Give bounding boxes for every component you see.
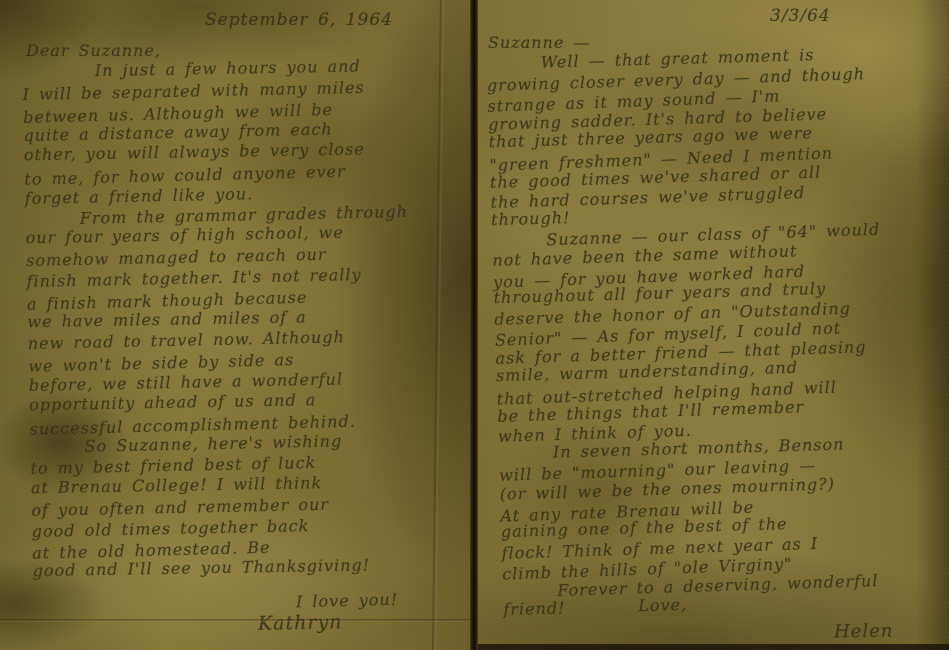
- letter-signature-right: Helen: [834, 620, 894, 642]
- letter-salutation-left: Dear Suzanne,: [26, 41, 161, 60]
- letter-page-right: 3/3/64 Suzanne — Well — that great momen…: [478, 0, 949, 650]
- letter-date-left: September 6, 1964: [205, 10, 393, 30]
- paper-crease-vertical: [432, 0, 444, 650]
- letter-closing-left: I love you!: [296, 590, 399, 612]
- letter-date-right: 3/3/64: [770, 6, 831, 26]
- letter-salutation-right: Suzanne —: [488, 33, 590, 52]
- letter-body-left: In just a few hours you andI will be sep…: [22, 56, 416, 584]
- page-gutter-seam: [470, 0, 478, 650]
- paper-crease-horizontal: [0, 619, 470, 622]
- letter-page-left: September 6, 1964 Dear Suzanne, In just …: [0, 0, 470, 650]
- letter-signature-left: Kathryn: [258, 611, 343, 634]
- letter-scan-photo: September 6, 1964 Dear Suzanne, In just …: [0, 0, 949, 650]
- paper-bottom-edge: [478, 644, 949, 650]
- letter-body-right: Well — that great moment isgrowing close…: [486, 44, 892, 621]
